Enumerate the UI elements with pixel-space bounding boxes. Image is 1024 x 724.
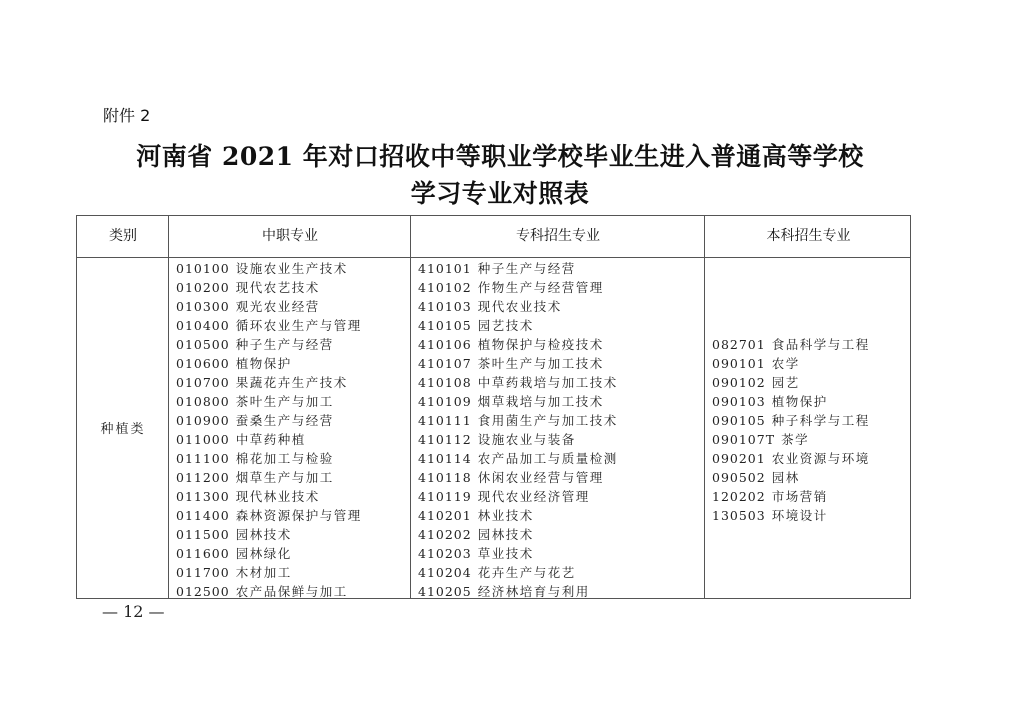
major-name: 蚕桑生产与经营 [236,413,334,428]
major-item: 410119现代农业经济管理 [418,487,618,506]
major-name: 设施农业与装备 [478,432,576,447]
major-name: 林业技术 [478,508,534,523]
major-item: 090107T茶学 [712,430,870,449]
major-code: 410102 [418,280,472,295]
major-name: 烟草生产与加工 [236,470,334,485]
major-code: 410112 [418,432,472,447]
major-item: 010600植物保护 [176,354,362,373]
major-item: 011700木材加工 [176,563,362,582]
major-code: 010100 [176,261,230,276]
major-name: 植物保护 [236,356,292,371]
major-item: 410102作物生产与经营管理 [418,278,618,297]
major-code: 010500 [176,337,230,352]
header-category: 类别 [77,216,169,257]
major-item: 010300观光农业经营 [176,297,362,316]
major-name: 茶叶生产与加工技术 [478,356,604,371]
junior-college-cell: 410101种子生产与经营410102作物生产与经营管理410103现代农业技术… [418,259,618,598]
major-item: 090105种子科学与工程 [712,411,870,430]
major-item: 090502园林 [712,468,870,487]
major-item: 010700果蔬花卉生产技术 [176,373,362,392]
attachment-label: 附件 2 [103,103,150,126]
title-line-2: 学习专业对照表 [0,174,1000,210]
title-line-1: 河南省 2021 年对口招收中等职业学校毕业生进入普通高等学校 [0,137,1000,173]
major-name: 花卉生产与花艺 [478,565,576,580]
major-item: 010200现代农艺技术 [176,278,362,297]
major-name: 植物保护与检疫技术 [478,337,604,352]
major-name: 作物生产与经营管理 [478,280,604,295]
major-code: 410119 [418,489,472,504]
major-item: 011200烟草生产与加工 [176,468,362,487]
major-code: 011700 [176,565,230,580]
major-code: 010200 [176,280,230,295]
major-code: 410109 [418,394,472,409]
junior-college-list: 410101种子生产与经营410102作物生产与经营管理410103现代农业技术… [418,259,618,601]
major-name: 种子生产与经营 [478,261,576,276]
major-code: 090101 [712,356,766,371]
major-code: 010900 [176,413,230,428]
major-code: 120202 [712,489,766,504]
major-item: 410107茶叶生产与加工技术 [418,354,618,373]
major-name: 种子生产与经营 [236,337,334,352]
major-name: 农业资源与环境 [772,451,870,466]
major-code: 090502 [712,470,766,485]
major-item: 010100设施农业生产技术 [176,259,362,278]
major-comparison-table: 类别 中职专业 专科招生专业 本科招生专业 种植类 010100设施农业生产技术… [76,215,911,599]
major-name: 农产品保鲜与加工 [236,584,348,599]
major-item: 410103现代农业技术 [418,297,618,316]
major-item: 090101农学 [712,354,870,373]
major-item: 410204花卉生产与花艺 [418,563,618,582]
major-item: 090201农业资源与环境 [712,449,870,468]
major-name: 棉花加工与检验 [236,451,334,466]
major-code: 410202 [418,527,472,542]
major-item: 410114农产品加工与质量检测 [418,449,618,468]
major-code: 011300 [176,489,230,504]
major-name: 木材加工 [236,565,292,580]
major-code: 090201 [712,451,766,466]
major-item: 011300现代林业技术 [176,487,362,506]
major-name: 森林资源保护与管理 [236,508,362,523]
major-name: 茶叶生产与加工 [236,394,334,409]
major-name: 观光农业经营 [236,299,320,314]
major-name: 中草药栽培与加工技术 [478,375,618,390]
header-divider [77,257,910,258]
header-undergraduate: 本科招生专业 [705,216,912,257]
major-item: 410109烟草栽培与加工技术 [418,392,618,411]
major-item: 410108中草药栽培与加工技术 [418,373,618,392]
major-item: 010500种子生产与经营 [176,335,362,354]
major-name: 果蔬花卉生产技术 [236,375,348,390]
header-secondary-vocational: 中职专业 [169,216,411,257]
column-divider [704,216,705,598]
major-code: 130503 [712,508,766,523]
major-name: 环境设计 [772,508,828,523]
major-item: 410118休闲农业经营与管理 [418,468,618,487]
major-item: 011500园林技术 [176,525,362,544]
major-code: 090107T [712,432,775,447]
major-item: 011600园林绿化 [176,544,362,563]
major-item: 410111食用菌生产与加工技术 [418,411,618,430]
major-item: 410106植物保护与检疫技术 [418,335,618,354]
major-item: 011400森林资源保护与管理 [176,506,362,525]
major-code: 010600 [176,356,230,371]
major-code: 010300 [176,299,230,314]
category-cell: 种植类 [77,257,169,598]
major-code: 090105 [712,413,766,428]
major-name: 种子科学与工程 [772,413,870,428]
major-name: 设施农业生产技术 [236,261,348,276]
major-code: 011600 [176,546,230,561]
major-code: 082701 [712,337,766,352]
major-item: 011100棉花加工与检验 [176,449,362,468]
major-name: 经济林培育与利用 [478,584,590,599]
major-name: 现代农业经济管理 [478,489,590,504]
major-item: 010400循环农业生产与管理 [176,316,362,335]
major-code: 410108 [418,375,472,390]
major-item: 410112设施农业与装备 [418,430,618,449]
major-code: 011000 [176,432,230,447]
major-name: 现代农业技术 [478,299,562,314]
major-name: 烟草栽培与加工技术 [478,394,604,409]
major-name: 现代农艺技术 [236,280,320,295]
major-name: 茶学 [781,432,809,447]
major-name: 园林技术 [478,527,534,542]
major-item: 011000中草药种植 [176,430,362,449]
major-code: 090103 [712,394,766,409]
major-code: 410101 [418,261,472,276]
major-name: 园艺技术 [478,318,534,333]
major-item: 010900蚕桑生产与经营 [176,411,362,430]
major-name: 食用菌生产与加工技术 [478,413,618,428]
major-code: 010700 [176,375,230,390]
major-name: 园林 [772,470,800,485]
major-code: 410114 [418,451,472,466]
major-item: 410203草业技术 [418,544,618,563]
major-name: 循环农业生产与管理 [236,318,362,333]
major-code: 010800 [176,394,230,409]
major-item: 012500农产品保鲜与加工 [176,582,362,601]
major-item: 410205经济林培育与利用 [418,582,618,601]
major-name: 中草药种植 [236,432,306,447]
major-code: 011500 [176,527,230,542]
major-name: 植物保护 [772,394,828,409]
secondary-vocational-list: 010100设施农业生产技术010200现代农艺技术010300观光农业经营01… [176,259,362,601]
undergraduate-list: 082701食品科学与工程090101农学090102园艺090103植物保护0… [712,335,870,525]
major-name: 农产品加工与质量检测 [478,451,618,466]
major-name: 市场营销 [772,489,828,504]
major-item: 120202市场营销 [712,487,870,506]
page-number: — 12 — [102,602,165,621]
major-name: 园艺 [772,375,800,390]
major-name: 食品科学与工程 [772,337,870,352]
header-junior-college: 专科招生专业 [411,216,705,257]
major-name: 草业技术 [478,546,534,561]
major-code: 090102 [712,375,766,390]
major-code: 410204 [418,565,472,580]
major-code: 410107 [418,356,472,371]
major-code: 410203 [418,546,472,561]
major-name: 休闲农业经营与管理 [478,470,604,485]
major-code: 410103 [418,299,472,314]
major-code: 410118 [418,470,472,485]
major-code: 410106 [418,337,472,352]
major-code: 410201 [418,508,472,523]
secondary-vocational-cell: 010100设施农业生产技术010200现代农艺技术010300观光农业经营01… [176,259,362,598]
undergraduate-cell: 082701食品科学与工程090101农学090102园艺090103植物保护0… [712,335,870,598]
major-item: 130503环境设计 [712,506,870,525]
major-name: 农学 [772,356,800,371]
major-name: 园林绿化 [236,546,292,561]
major-name: 园林技术 [236,527,292,542]
major-item: 010800茶叶生产与加工 [176,392,362,411]
major-code: 011200 [176,470,230,485]
major-item: 090103植物保护 [712,392,870,411]
major-code: 410105 [418,318,472,333]
major-code: 010400 [176,318,230,333]
major-item: 410201林业技术 [418,506,618,525]
major-name: 现代林业技术 [236,489,320,504]
major-code: 011400 [176,508,230,523]
major-code: 410205 [418,584,472,599]
major-item: 410105园艺技术 [418,316,618,335]
major-item: 410101种子生产与经营 [418,259,618,278]
major-item: 082701食品科学与工程 [712,335,870,354]
major-item: 090102园艺 [712,373,870,392]
column-divider [410,216,411,598]
major-code: 011100 [176,451,230,466]
major-code: 012500 [176,584,230,599]
major-code: 410111 [418,413,472,428]
major-item: 410202园林技术 [418,525,618,544]
